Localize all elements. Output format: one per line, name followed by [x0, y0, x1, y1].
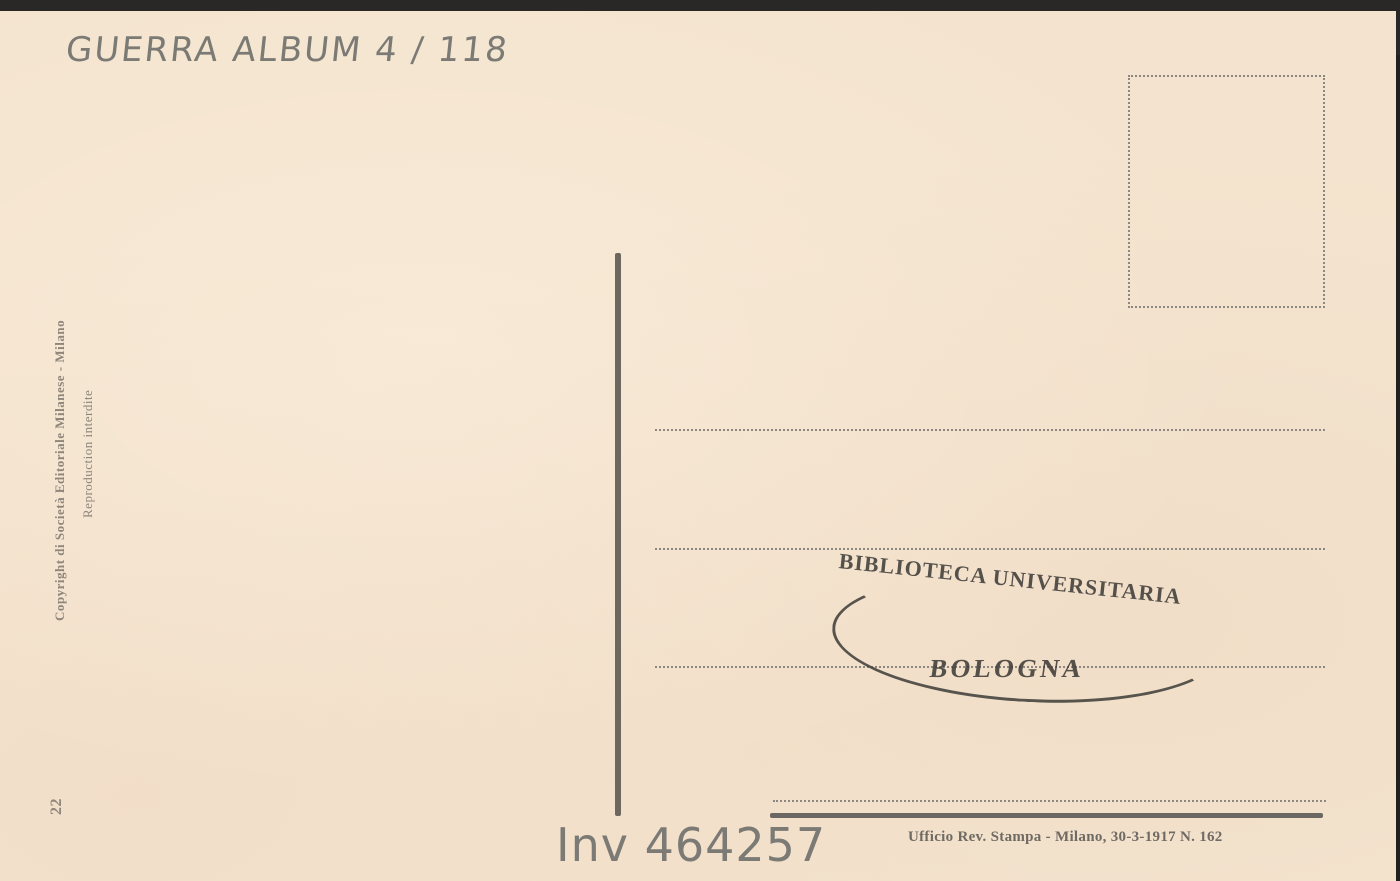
censorship-note: Ufficio Rev. Stampa - Milano, 30-3-1917 … — [908, 829, 1223, 846]
copyright-text: Copyright di Società Editoriale Milanese… — [52, 320, 68, 621]
scan-edge — [1396, 55, 1400, 881]
handwritten-album-reference: GUERRA ALBUM 4 / 118 — [64, 30, 511, 70]
reproduction-notice: Reproduction interdite — [80, 390, 96, 518]
card-number: 22 — [48, 798, 66, 815]
center-divider — [615, 253, 621, 816]
handwritten-inventory-number: Inv 464257 — [556, 818, 826, 872]
address-line-4 — [773, 800, 1326, 802]
address-underline — [770, 813, 1323, 818]
address-line-1 — [655, 429, 1325, 431]
address-line-2 — [655, 548, 1325, 550]
library-stamp-bottom-text: BOLOGNA — [928, 654, 1086, 684]
postage-stamp-box — [1128, 75, 1325, 308]
